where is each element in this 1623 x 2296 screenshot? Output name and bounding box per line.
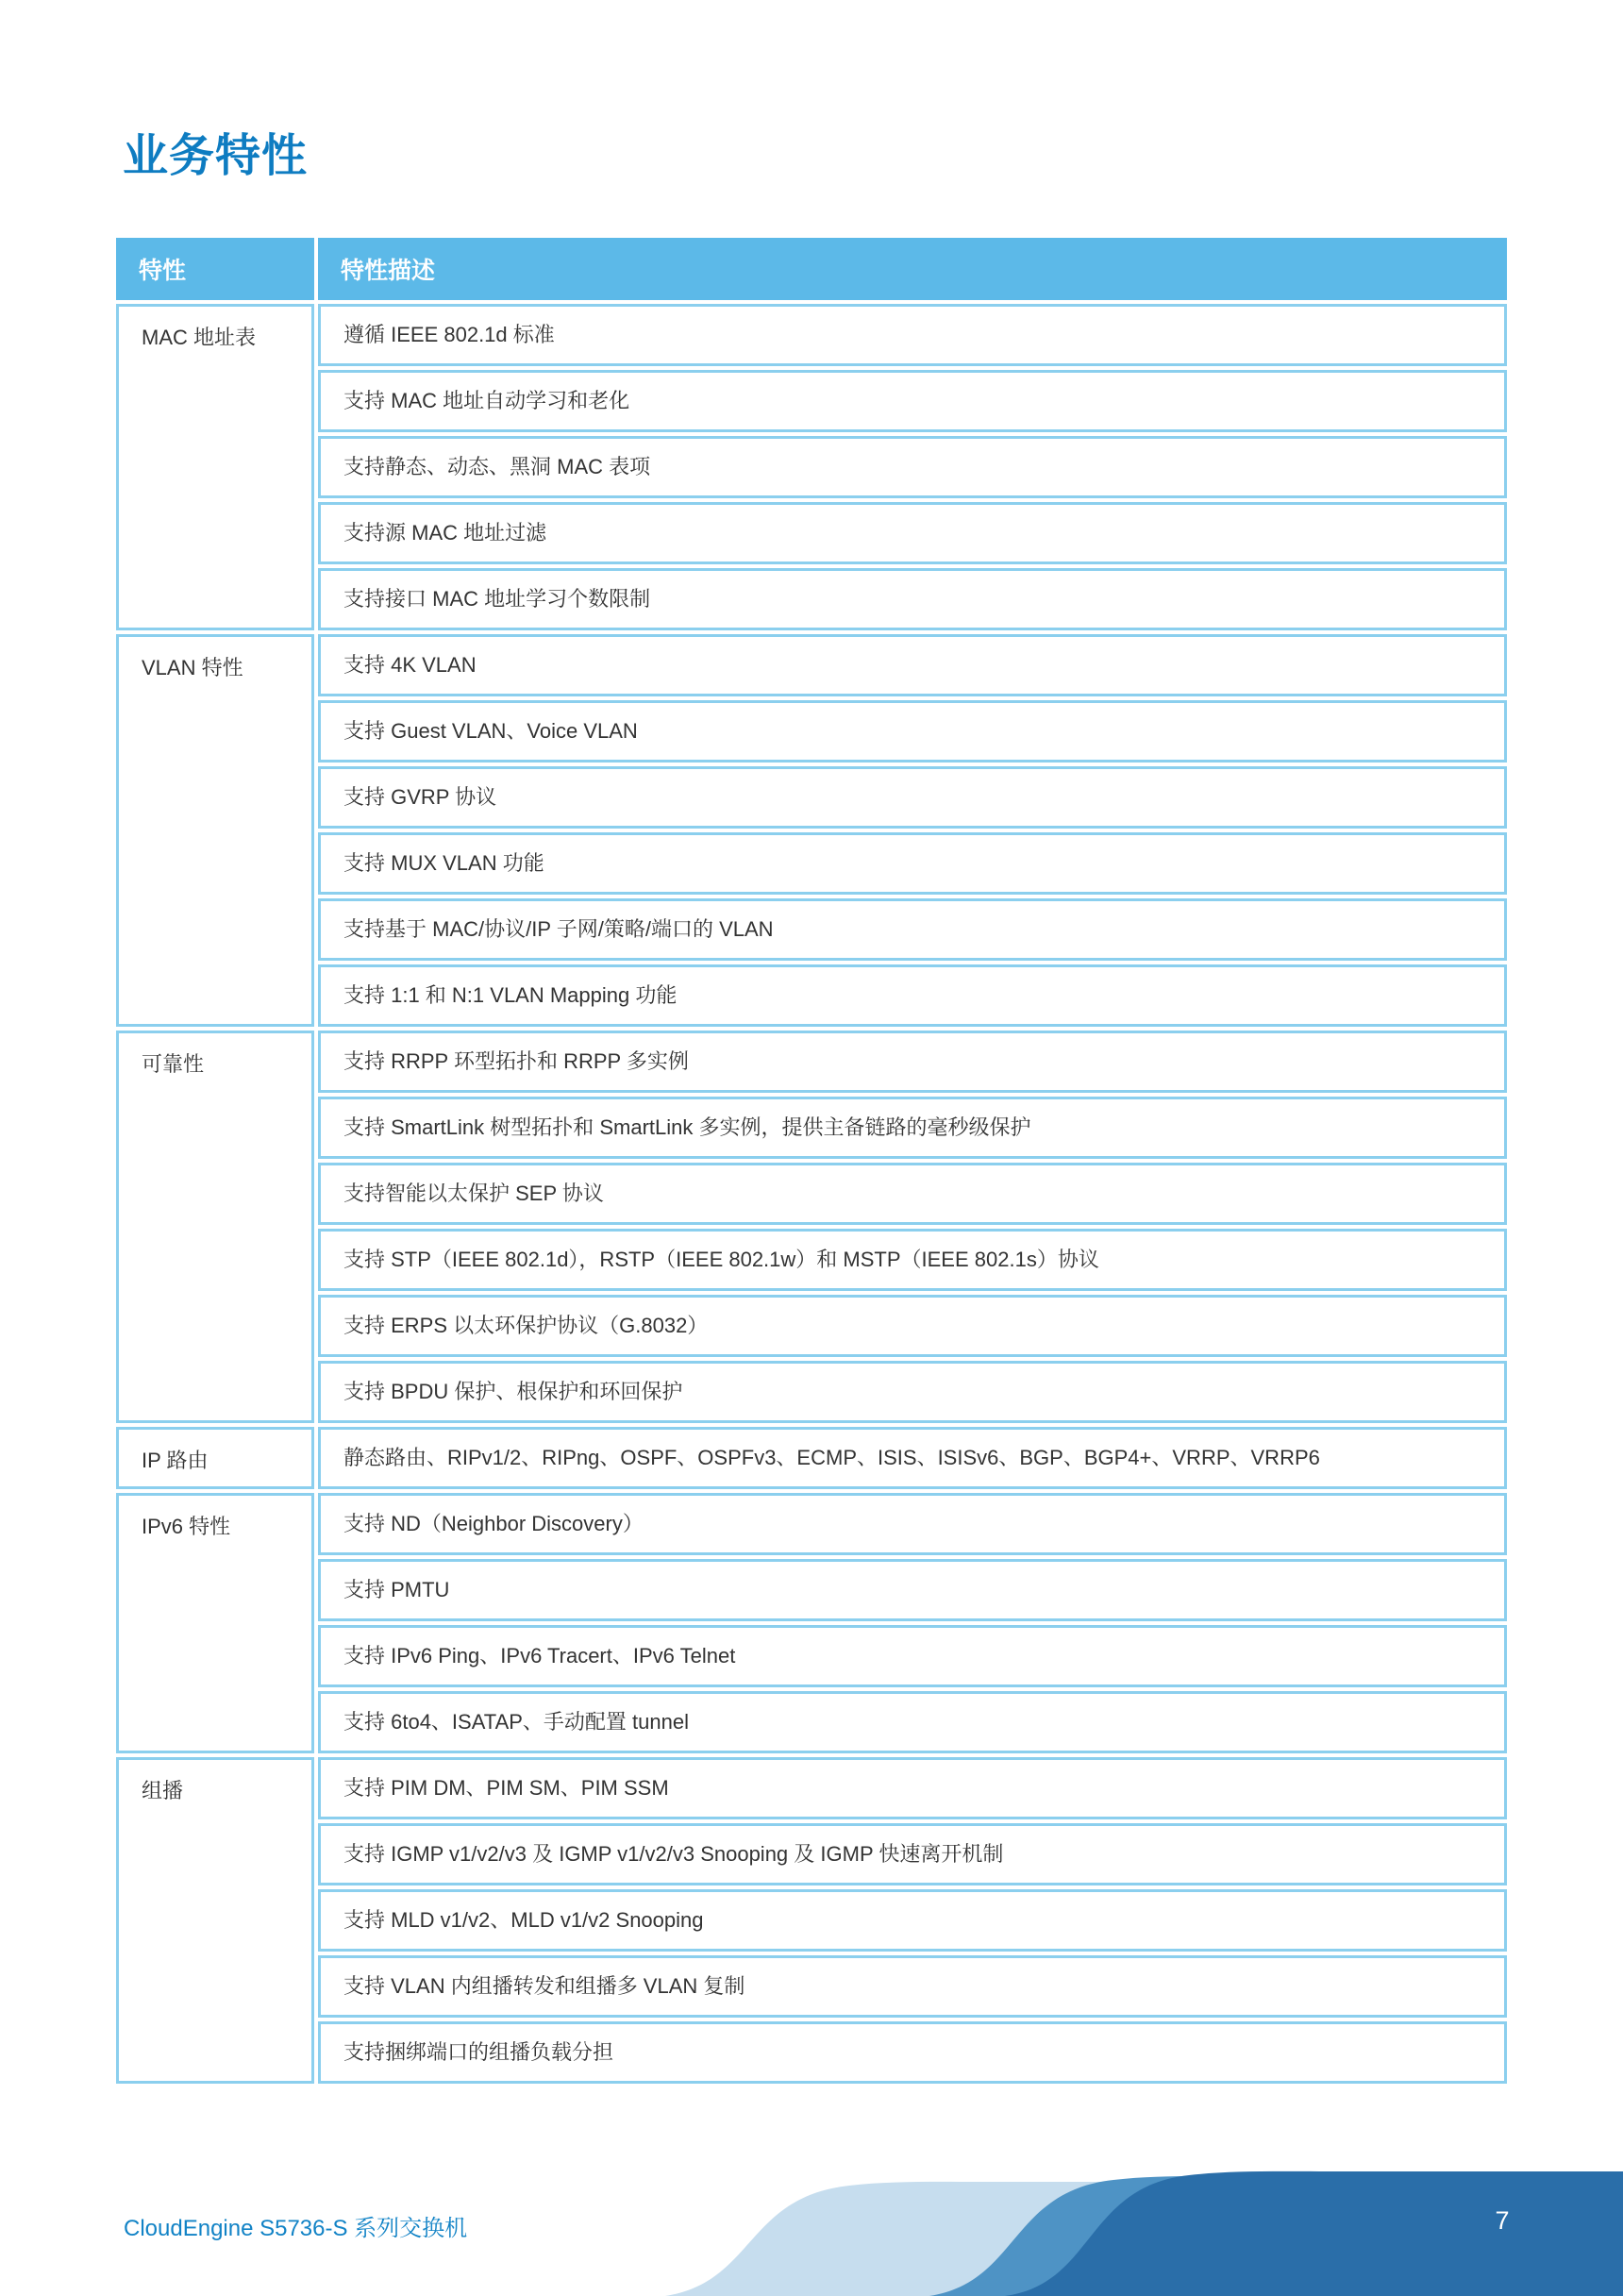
feature-description-cell: 支持 MLD v1/v2、MLD v1/v2 Snooping: [318, 1889, 1507, 1952]
table-row: VLAN 特性支持 4K VLAN: [116, 634, 1507, 696]
feature-category-cell: 可靠性: [116, 1031, 314, 1423]
table-row: 支持 GVRP 协议: [116, 766, 1507, 829]
table-header-row: 特性 特性描述: [116, 238, 1507, 300]
table-row: 支持 6to4、ISATAP、手动配置 tunnel: [116, 1691, 1507, 1753]
page-title: 业务特性: [123, 119, 308, 184]
table-row: 支持 Guest VLAN、Voice VLAN: [116, 700, 1507, 763]
feature-description-cell: 支持 MUX VLAN 功能: [318, 832, 1507, 895]
table-body: MAC 地址表遵循 IEEE 802.1d 标准支持 MAC 地址自动学习和老化…: [116, 304, 1507, 2084]
feature-description-cell: 支持 4K VLAN: [318, 634, 1507, 696]
feature-description-cell: 支持 6to4、ISATAP、手动配置 tunnel: [318, 1691, 1507, 1753]
feature-description-cell: 支持 IGMP v1/v2/v3 及 IGMP v1/v2/v3 Snoopin…: [318, 1823, 1507, 1885]
feature-description-cell: 支持接口 MAC 地址学习个数限制: [318, 568, 1507, 630]
table-row: 可靠性支持 RRPP 环型拓扑和 RRPP 多实例: [116, 1031, 1507, 1093]
feature-description-cell: 支持 VLAN 内组播转发和组播多 VLAN 复制: [318, 1955, 1507, 2018]
table-row: 支持 BPDU 保护、根保护和环回保护: [116, 1361, 1507, 1423]
footer-product-name: CloudEngine S5736-S 系列交换机: [124, 2209, 467, 2242]
feature-description-cell: 支持 Guest VLAN、Voice VLAN: [318, 700, 1507, 763]
feature-description-cell: 支持 IPv6 Ping、IPv6 Tracert、IPv6 Telnet: [318, 1625, 1507, 1687]
feature-description-cell: 支持 RRPP 环型拓扑和 RRPP 多实例: [318, 1031, 1507, 1093]
feature-description-cell: 支持源 MAC 地址过滤: [318, 502, 1507, 564]
feature-description-cell: 遵循 IEEE 802.1d 标准: [318, 304, 1507, 366]
feature-description-cell: 支持 SmartLink 树型拓扑和 SmartLink 多实例，提供主备链路的…: [318, 1097, 1507, 1159]
table-row: 支持捆绑端口的组播负载分担: [116, 2021, 1507, 2084]
table-row: 支持 1:1 和 N:1 VLAN Mapping 功能: [116, 964, 1507, 1027]
features-table: 特性 特性描述 MAC 地址表遵循 IEEE 802.1d 标准支持 MAC 地…: [112, 234, 1511, 2087]
feature-description-cell: 支持 GVRP 协议: [318, 766, 1507, 829]
table-row: 支持 MAC 地址自动学习和老化: [116, 370, 1507, 432]
feature-description-cell: 支持 STP（IEEE 802.1d），RSTP（IEEE 802.1w）和 M…: [318, 1229, 1507, 1291]
feature-description-cell: 支持 BPDU 保护、根保护和环回保护: [318, 1361, 1507, 1423]
column-header-description: 特性描述: [318, 238, 1507, 300]
table-row: 支持 VLAN 内组播转发和组播多 VLAN 复制: [116, 1955, 1507, 2018]
table-row: 支持智能以太保护 SEP 协议: [116, 1163, 1507, 1225]
feature-description-cell: 支持 ERPS 以太环保护协议（G.8032）: [318, 1295, 1507, 1357]
feature-category-cell: VLAN 特性: [116, 634, 314, 1027]
table-row: 支持 ERPS 以太环保护协议（G.8032）: [116, 1295, 1507, 1357]
feature-description-cell: 静态路由、RIPv1/2、RIPng、OSPF、OSPFv3、ECMP、ISIS…: [318, 1427, 1507, 1489]
table-row: 支持接口 MAC 地址学习个数限制: [116, 568, 1507, 630]
footer-page-number: 7: [1483, 2206, 1521, 2236]
feature-description-cell: 支持 1:1 和 N:1 VLAN Mapping 功能: [318, 964, 1507, 1027]
table-row: MAC 地址表遵循 IEEE 802.1d 标准: [116, 304, 1507, 366]
table-row: 支持 IGMP v1/v2/v3 及 IGMP v1/v2/v3 Snoopin…: [116, 1823, 1507, 1885]
table-row: 支持 IPv6 Ping、IPv6 Tracert、IPv6 Telnet: [116, 1625, 1507, 1687]
feature-description-cell: 支持智能以太保护 SEP 协议: [318, 1163, 1507, 1225]
table-row: 支持基于 MAC/协议/IP 子网/策略/端口的 VLAN: [116, 898, 1507, 961]
table-row: IP 路由静态路由、RIPv1/2、RIPng、OSPF、OSPFv3、ECMP…: [116, 1427, 1507, 1489]
feature-description-cell: 支持静态、动态、黑洞 MAC 表项: [318, 436, 1507, 498]
feature-category-cell: 组播: [116, 1757, 314, 2084]
table-row: 支持 MUX VLAN 功能: [116, 832, 1507, 895]
table-row: 支持 MLD v1/v2、MLD v1/v2 Snooping: [116, 1889, 1507, 1952]
document-page: 业务特性 特性 特性描述 MAC 地址表遵循 IEEE 802.1d 标准支持 …: [0, 0, 1623, 2296]
feature-category-cell: IP 路由: [116, 1427, 314, 1489]
feature-description-cell: 支持 ND（Neighbor Discovery）: [318, 1493, 1507, 1555]
table-row: 组播支持 PIM DM、PIM SM、PIM SSM: [116, 1757, 1507, 1819]
feature-description-cell: 支持捆绑端口的组播负载分担: [318, 2021, 1507, 2084]
feature-description-cell: 支持 MAC 地址自动学习和老化: [318, 370, 1507, 432]
table-row: 支持静态、动态、黑洞 MAC 表项: [116, 436, 1507, 498]
table-row: IPv6 特性支持 ND（Neighbor Discovery）: [116, 1493, 1507, 1555]
feature-category-cell: MAC 地址表: [116, 304, 314, 630]
table-row: 支持 STP（IEEE 802.1d），RSTP（IEEE 802.1w）和 M…: [116, 1229, 1507, 1291]
table-row: 支持 PMTU: [116, 1559, 1507, 1621]
feature-description-cell: 支持 PIM DM、PIM SM、PIM SSM: [318, 1757, 1507, 1819]
table-row: 支持 SmartLink 树型拓扑和 SmartLink 多实例，提供主备链路的…: [116, 1097, 1507, 1159]
feature-description-cell: 支持基于 MAC/协议/IP 子网/策略/端口的 VLAN: [318, 898, 1507, 961]
table-row: 支持源 MAC 地址过滤: [116, 502, 1507, 564]
column-header-feature: 特性: [116, 238, 314, 300]
feature-category-cell: IPv6 特性: [116, 1493, 314, 1753]
feature-description-cell: 支持 PMTU: [318, 1559, 1507, 1621]
